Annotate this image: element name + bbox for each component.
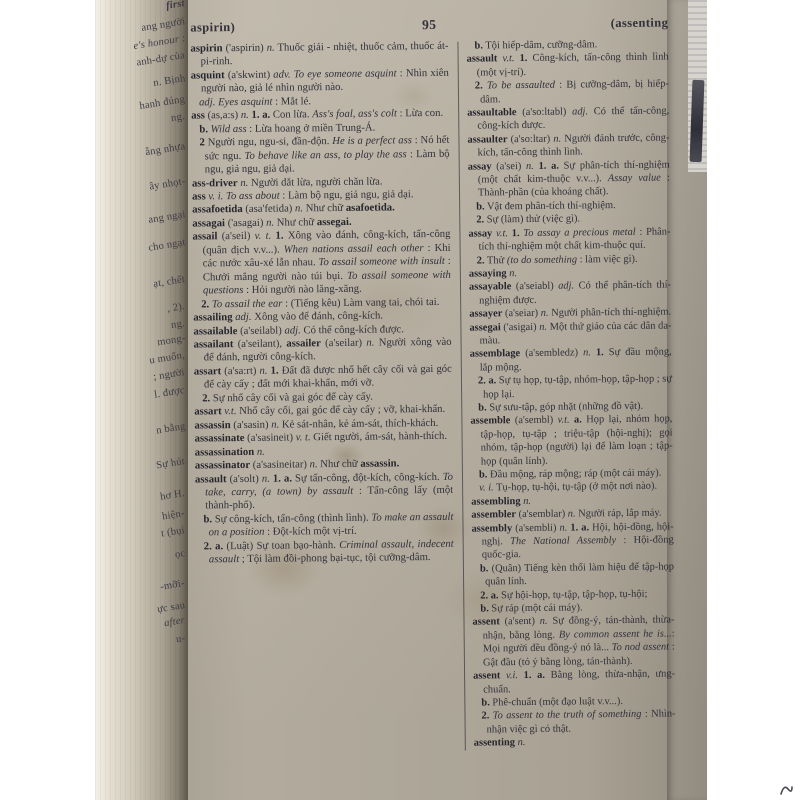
entry-text: Như chữ [274,216,317,228]
entry-text: v. t. [255,230,272,242]
dictionary-entry: assaulter (a'so:ltar) n. Người đánh trướ… [467,131,669,160]
entry-text: : Đột-kích một vị-trí. [264,525,356,538]
entry-text: (as,a:s) [205,109,241,121]
headword-or-sense-label: assault [467,54,498,65]
entry-text: (a'semblar) [516,509,568,521]
headword-or-sense-label: assegai [469,322,500,333]
entry-text: To assail someone with insult [318,255,444,268]
headword-or-sense-label: assassination [195,445,255,458]
dictionary-entry: v. i. Tụ-họp, tụ-hội, tụ-tập (ở một nơi … [471,480,673,496]
headword-or-sense-label: assault [195,473,227,485]
headword-or-sense-label: assayer [469,308,502,319]
entry-text: v.t. [224,405,236,417]
entry-text: The National Assembly [510,535,616,547]
headword-or-sense-label: assassin [194,419,230,431]
entry-text: Kẻ sát-nhân, kẻ ám-sát, thích-khách. [279,417,438,431]
headword-or-sense-label: 2. [202,392,210,404]
entry-text: n. [271,418,279,430]
dictionary-entry: 2. To assent to the truth of something :… [473,708,675,737]
gutter-text-fragment: -mỡi- [160,578,186,593]
entry-text: To be assaulted [483,80,555,92]
headword-or-sense-label: b. [203,513,212,525]
entry-text: adj. [572,106,588,117]
entry-text: v. t. [296,431,311,443]
dictionary-entry: aspirin ('aspirin) n. Thuốc giải - nhiệt… [190,40,448,70]
gutter-text-fragment: ang ngại [147,209,186,226]
gutter-text-fragment: first [166,0,186,12]
headword-or-sense-label: b. [199,123,208,135]
entry-text: Sự công-kích, tấn-công (thình lình). [212,511,371,525]
headword-or-sense-label: 2. a. [480,590,498,601]
entry-text: (a'sa:rt) [221,365,259,377]
entry-text: (to do something [507,254,577,266]
entry-text: adj. [284,324,300,336]
entry-text: : Làm bộ ngu, giả ngu, giả dại. [280,188,414,201]
headword-or-sense-label: assembling [471,496,520,508]
gutter-text-fragment: ang người [140,16,185,34]
entry-text: Giết người, ám-sát, hành-thích. [311,430,448,443]
entry-text: (a'seilant), [233,337,286,350]
gutter-text-fragment: ; người [153,367,186,383]
headword-or-sense-label: assent [473,670,500,681]
text-columns: aspirin ('aspirin) n. Thuốc giải - nhiệt… [190,37,675,752]
gutter-text-fragment: n bằng [155,421,186,436]
entry-text: n. [540,616,548,627]
dictionary-entry: assault v.t. 1. Công-kích, tấn-công thìn… [467,51,669,80]
dictionary-entry: assegai ('asigai) n. Một thứ giáo của cá… [469,319,671,348]
entry-text: (a'sembledz) [520,348,583,360]
entry-text: (a'seiar) [502,308,541,319]
entry-text: Như chữ [318,458,361,470]
entry-text: ('asigai) [501,321,540,332]
book-fore-edge [667,0,707,800]
headword-or-sense-label: assay [468,228,492,239]
headword-or-sense-label: assaultable [467,107,516,119]
entry-text: When nations assail each other [284,242,424,255]
headword-or-sense-label: ass [191,110,205,122]
gutter-text-fragment: ạt, chết [153,274,186,290]
entry-text: To behave like an ass, to play the ass [244,148,406,162]
entry-text: v.t. [558,415,570,426]
entry-text: n. [257,445,265,457]
dictionary-entry: 2. a. (Luật) Sự toan bạo-hành. Criminal … [196,538,454,568]
entry-text: Sự hội-họp, tụ-tập, tập-họp, tụ-hội; [498,588,647,601]
entry-text: n. [523,496,531,507]
gutter-text-fragment: hơ H. [160,488,186,503]
entry-text: (a'seilar) [321,337,367,349]
dictionary-entry: 2. To assail the ear : (Tiếng kêu) Làm v… [193,295,451,311]
gutter-text-fragment: hanh đúng [139,94,186,112]
entry-text: Sự tụ họp, tụ-tập, nhóm-họp, tập-họp ; s… [483,374,672,400]
gutter-text-fragment: n. Bịnh [152,73,186,89]
gutter-text-fragment: ng. [171,111,186,124]
entry-text: v. i. [479,483,494,494]
headword-or-sense-label: aspirin [190,42,222,54]
dictionary-entry: b. Sự công-kích, tấn-công (thình lình). … [195,511,453,541]
entry-text: n. [310,458,318,470]
dictionary-page: firstang ngườie's honour :anh-dự củan. B… [95,0,707,800]
gutter-text-fragment: u- [175,633,186,645]
entry-text: n. [241,109,249,121]
entry-text: Sự nhổ cây cối và gai góc để cày cấy. [210,390,373,404]
gutter-text-fragment: hiện- [162,508,186,522]
headword-or-sense-label: 1. a. [249,109,270,121]
gutter-text-fragment: ng. [171,318,186,331]
entry-text: n. [266,217,274,229]
entry-text: Như chữ [303,202,346,214]
entry-text: adv. To eye someone asquint [273,67,396,80]
dictionary-entry: b. (Quân) Tiếng kèn thổi làm hiệu để tập… [472,560,674,589]
dictionary-entry: assent (a'sent) n. Sự đồng-ý, tán-thành,… [472,614,675,670]
dictionary-entry: assailant (a'seilant), assailer (a'seila… [194,336,452,366]
gutter-text-fragment: ọc [174,548,186,560]
entry-text: : Lừa hoang ở miền Trung-Á. [247,121,376,134]
headword-or-sense-label: 2. [477,255,485,266]
book-page-photo: firstang ngườie's honour :anh-dự củan. B… [0,0,800,800]
entry-text: v.t. [502,54,514,65]
entry-text: Thử [485,255,507,266]
header-guideword-left: aspirin) [190,19,320,35]
dictionary-entry: assent v.i. 1. a. Bằng lòng, thừa-nhận, … [473,668,675,697]
entry-text: ('asagai) [225,217,266,229]
entry-text: Đầu mộng, ráp mộng; ráp (một cái máy). [487,468,661,481]
entry-text: adj. Eyes asquint [199,95,272,108]
running-header: aspirin) 95 (assenting [190,0,668,36]
entry-text: He is a perfect ass [332,134,412,147]
dictionary-entry: assault (a'solt) n. 1. a. Sự tấn-công, đ… [195,470,453,513]
headword-or-sense-label: 1. a. [534,160,559,171]
gutter-text-fragment: l. được [154,385,186,401]
entry-text: n. [262,472,270,484]
headword-or-sense-label: 2. [476,215,484,226]
headword-or-sense-label: 1. [591,348,604,359]
entry-text: (a'seilabl) [237,324,284,336]
gutter-text-fragment: , 2). [167,301,186,315]
headword-or-sense-label: assassin. [360,457,399,469]
headword-or-sense-label: 1. [271,230,283,242]
entry-text: (a'sasineit) [244,432,295,445]
gutter-text-fragment: ẵng nhựa [144,141,185,158]
entry-text: Assay value [608,173,661,185]
headword-or-sense-label: 2. [481,711,489,722]
dictionary-entry: assail (a'seil) v. t. 1. Xông vào đánh, … [192,228,451,298]
entry-text: v. i. To ass about [208,190,279,203]
entry-text: n. [518,737,526,748]
gutter-text-fragment: cho ngạt [147,237,186,254]
entry-text: n. [559,522,567,533]
entry-text: : Lừa con. [397,107,443,119]
page-number: 95 [320,16,538,34]
entry-text: Tụ-họp, tụ-hội, tụ-tập (ở một nơi nào). [494,481,657,494]
gutter-text-fragment: mong- [156,333,186,348]
entry-text: (a'so:ltar) [507,134,553,145]
headword-or-sense-label: 1. a. [567,522,589,533]
headword-or-sense-label: assegai. [317,216,352,228]
dictionary-entry: assayable (a'seiabl) adj. Có thể phân-tí… [469,279,671,308]
entry-text: : Hỏi người nào lăng-xăng. [243,283,361,296]
headword-or-sense-label: assailing [193,311,232,323]
headword-or-sense-label: asquint [191,69,225,81]
dictionary-entry: 2. a. Sự tụ họp, tụ-tập, nhóm-họp, tập-h… [470,373,672,402]
entry-text: (a'seiabl) [511,281,558,292]
entry-text: Ass's foal, ass's colt [312,108,397,121]
gutter-text-fragment: t (bụi [161,525,186,540]
headword-or-sense-label: 2. [475,81,483,92]
entry-text: Có thể công-kích được. [301,323,404,336]
entry-text: n. [526,161,534,172]
pen-mark [779,781,793,797]
entry-text: Nhổ cây cối, gai góc để cày cấy ; vỡ, kh… [236,403,445,417]
entry-text: (a'sasineitar) [250,458,310,471]
column-right: b. Tội hiếp-dâm, cưỡng-dâm.assault v.t. … [466,37,675,750]
entry-text: (a'sei) [491,161,526,172]
entry-text: n. [539,321,547,332]
headword-or-sense-label: asafoetida. [346,202,395,215]
headword-or-sense-label: 1. [267,364,278,376]
entry-text: n. [295,203,303,215]
entry-text: To assent to the truth of something [489,709,641,722]
gutter-text-fragment: ây nhọt- [148,176,186,193]
entry-text: : làm việc gì). [577,253,638,265]
headword-or-sense-label: a. [570,415,582,426]
dictionary-entry: assay (a'sei) n. 1. a. Sự phân-tích thí-… [468,158,670,200]
entry-text: adj. [235,311,251,323]
headword-or-sense-label: assassinator [195,459,250,472]
entry-text: (a'seil) [217,230,254,242]
entry-text: Người phân-tích thí-nghiệm. [548,307,671,319]
dictionary-entry: assaultable (a'so:ltabl) adj. Có thể tấn… [467,105,669,134]
dictionary-entry: assassinate (a'sasineit) v. t. Giết ngườ… [195,430,453,446]
entry-text: (a'sembli) [512,522,559,533]
entry-text: Người ráp, lắp máy. [576,508,662,520]
entry-text: Phê-chuẩn (một đạo luật v.v...). [490,696,623,708]
headword-or-sense-label: 1. [508,228,520,239]
entry-text: n. [553,133,561,144]
header-guideword-right: (assenting [538,15,668,31]
headword-or-sense-label: assay [468,161,492,172]
entry-text: Người dắt lừa, người chăn lừa. [248,175,382,188]
entry-text: ; Tội làm đồi-phong bại-tục, tội cưỡng-d… [239,551,431,565]
gutter-text-fragment: anh-dự của [136,50,186,68]
headword-or-sense-label: assailable [193,325,237,337]
headword-or-sense-label: assembly [471,523,512,534]
entry-text: Tội hiếp-dâm, cưỡng-dâm. [483,39,598,51]
dictionary-entry: assemblage (a'sembledz) n. 1. Sự đầu mộn… [470,346,672,375]
dictionary-entry: 2. To be assaulted : Bị cưỡng-dâm, bị hi… [467,78,669,107]
gutter-text-fragment: Sự hút [156,456,186,471]
entry-text: n. [259,365,267,377]
headword-or-sense-label: 1. a. [518,670,545,681]
dictionary-entry: asquint (a'skwint) adv. To eye someone a… [191,67,449,97]
headword-or-sense-label: assailant [194,338,234,350]
headword-or-sense-label: 2. a. [204,540,224,552]
entry-text: (a'so:ltabl) [516,107,572,119]
entry-text: Vật đem phân-tích thí-nghiệm. [485,200,616,212]
entry-text: Con lừa. [270,108,312,120]
entry-text: Sự (làm) thử (việc gì). [484,214,580,226]
headword-or-sense-label: 1. a. [270,472,292,484]
entry-text: To nod assent [612,642,669,654]
entry-text: By common assent he is... [559,628,672,640]
gutter-text-fragment: after [164,615,186,629]
column-left: aspirin ('aspirin) n. Thuốc giải - nhiệt… [190,40,455,753]
headword-or-sense-label: 1. [514,53,527,64]
dictionary-entry: 2. a. Sự hội-họp, tụ-tập, tập-họp, tụ-hộ… [472,587,674,603]
headword-or-sense-label: assent [472,617,499,628]
gutter-text-fragment: ực sau [156,600,186,615]
entry-text: Wild ass [208,123,247,135]
entry-text: (Luật) Sự toan bạo-hành. [223,539,339,552]
dictionary-entry: ass (as,a:s) n. 1. a. Con lừa. Ass's foa… [191,107,449,123]
entry-text: To assail the ear [209,297,282,310]
entry-text: (a'solt) [226,472,261,484]
entry-text: (Quân) Tiếng kèn thổi làm hiệu để tập-họ… [485,561,674,587]
entry-text: (a'sasin) [231,418,272,430]
entry-text: (a'sent) [500,616,540,627]
dictionary-entry: assemble (a'sembl) v.t. a. Họp lại, nhóm… [470,413,673,469]
entry-text: Xông vào để đánh, công-kích. [251,310,383,323]
headword-or-sense-label: 2. a. [478,375,496,386]
headword-or-sense-label: assart [194,365,221,377]
headword-or-sense-label: assembler [471,509,516,520]
headword-or-sense-label: assaulter [467,134,507,145]
entry-text: v.t. [496,228,508,239]
column-divider-rule [457,42,465,751]
headword-or-sense-label: assemble [470,416,510,427]
headword-or-sense-label: assassinate [195,432,245,445]
headword-or-sense-label: ass-driver [192,177,238,189]
gutter-text-fragment: e's honour : [132,33,186,52]
headword-or-sense-label: assenting [474,737,515,748]
headword-or-sense-label: assayable [469,281,511,292]
headword-or-sense-label: assaying [469,268,507,279]
dictionary-entry: assembly (a'sembli) n. 1. a. Hội, hội-đồ… [471,520,673,562]
headword-or-sense-label: assafoetida [192,203,243,216]
entry-text: To assay a precious metal [520,227,636,239]
entry-text: (a'skwint) [225,69,274,82]
entry-text: Sự tấn-công, đột-kích, công-kích. [292,470,443,484]
entry-text: (asa'fetida) [243,203,295,216]
entry-text: Sự ráp (một cái máy). [489,602,583,614]
headword-or-sense-label: assail [192,231,217,243]
dictionary-entry: assay v.t. 1. To assay a precious metal … [468,225,670,254]
entry-text: : Mắt lé. [272,95,311,107]
entry-text: (a'sembl) [510,415,557,426]
dictionary-entry: assart (a'sa:rt) n. 1. Đất đã được nhổ h… [194,363,452,393]
entry-text: v.i. [506,670,518,681]
headword-or-sense-label: ass [192,190,206,202]
entry-text: n. [366,337,374,349]
entry-text: Sự sưu-tập, góp nhặt (những đồ vật). [487,401,644,414]
page-content: aspirin) 95 (assenting aspirin ('aspirin… [190,0,676,800]
entry-text: : (Tiếng kêu) Làm vang tai, chói tai. [282,296,439,310]
entry-text: ('aspirin) [223,42,267,54]
headword-or-sense-label: assagai [192,217,225,229]
headword-or-sense-label: 2. [201,298,209,310]
entry-text: n. [509,268,517,279]
headword-or-sense-label: assemblage [470,348,521,360]
previous-page-curl: firstang ngườie's honour :anh-dự củan. B… [95,0,188,800]
gutter-text-fragment: u muốn, [149,350,186,366]
entry-text: Người ngu, ngu-si, đần-độn. [205,135,333,148]
headword-or-sense-label: assailer [286,337,321,349]
headword-or-sense-label: assart [194,405,221,417]
dictionary-entry: assenting n. [474,735,676,751]
dictionary-entry: 2 Người ngu, ngu-si, đần-độn. He is a pe… [191,134,449,177]
entry-text: adj. [558,281,574,292]
